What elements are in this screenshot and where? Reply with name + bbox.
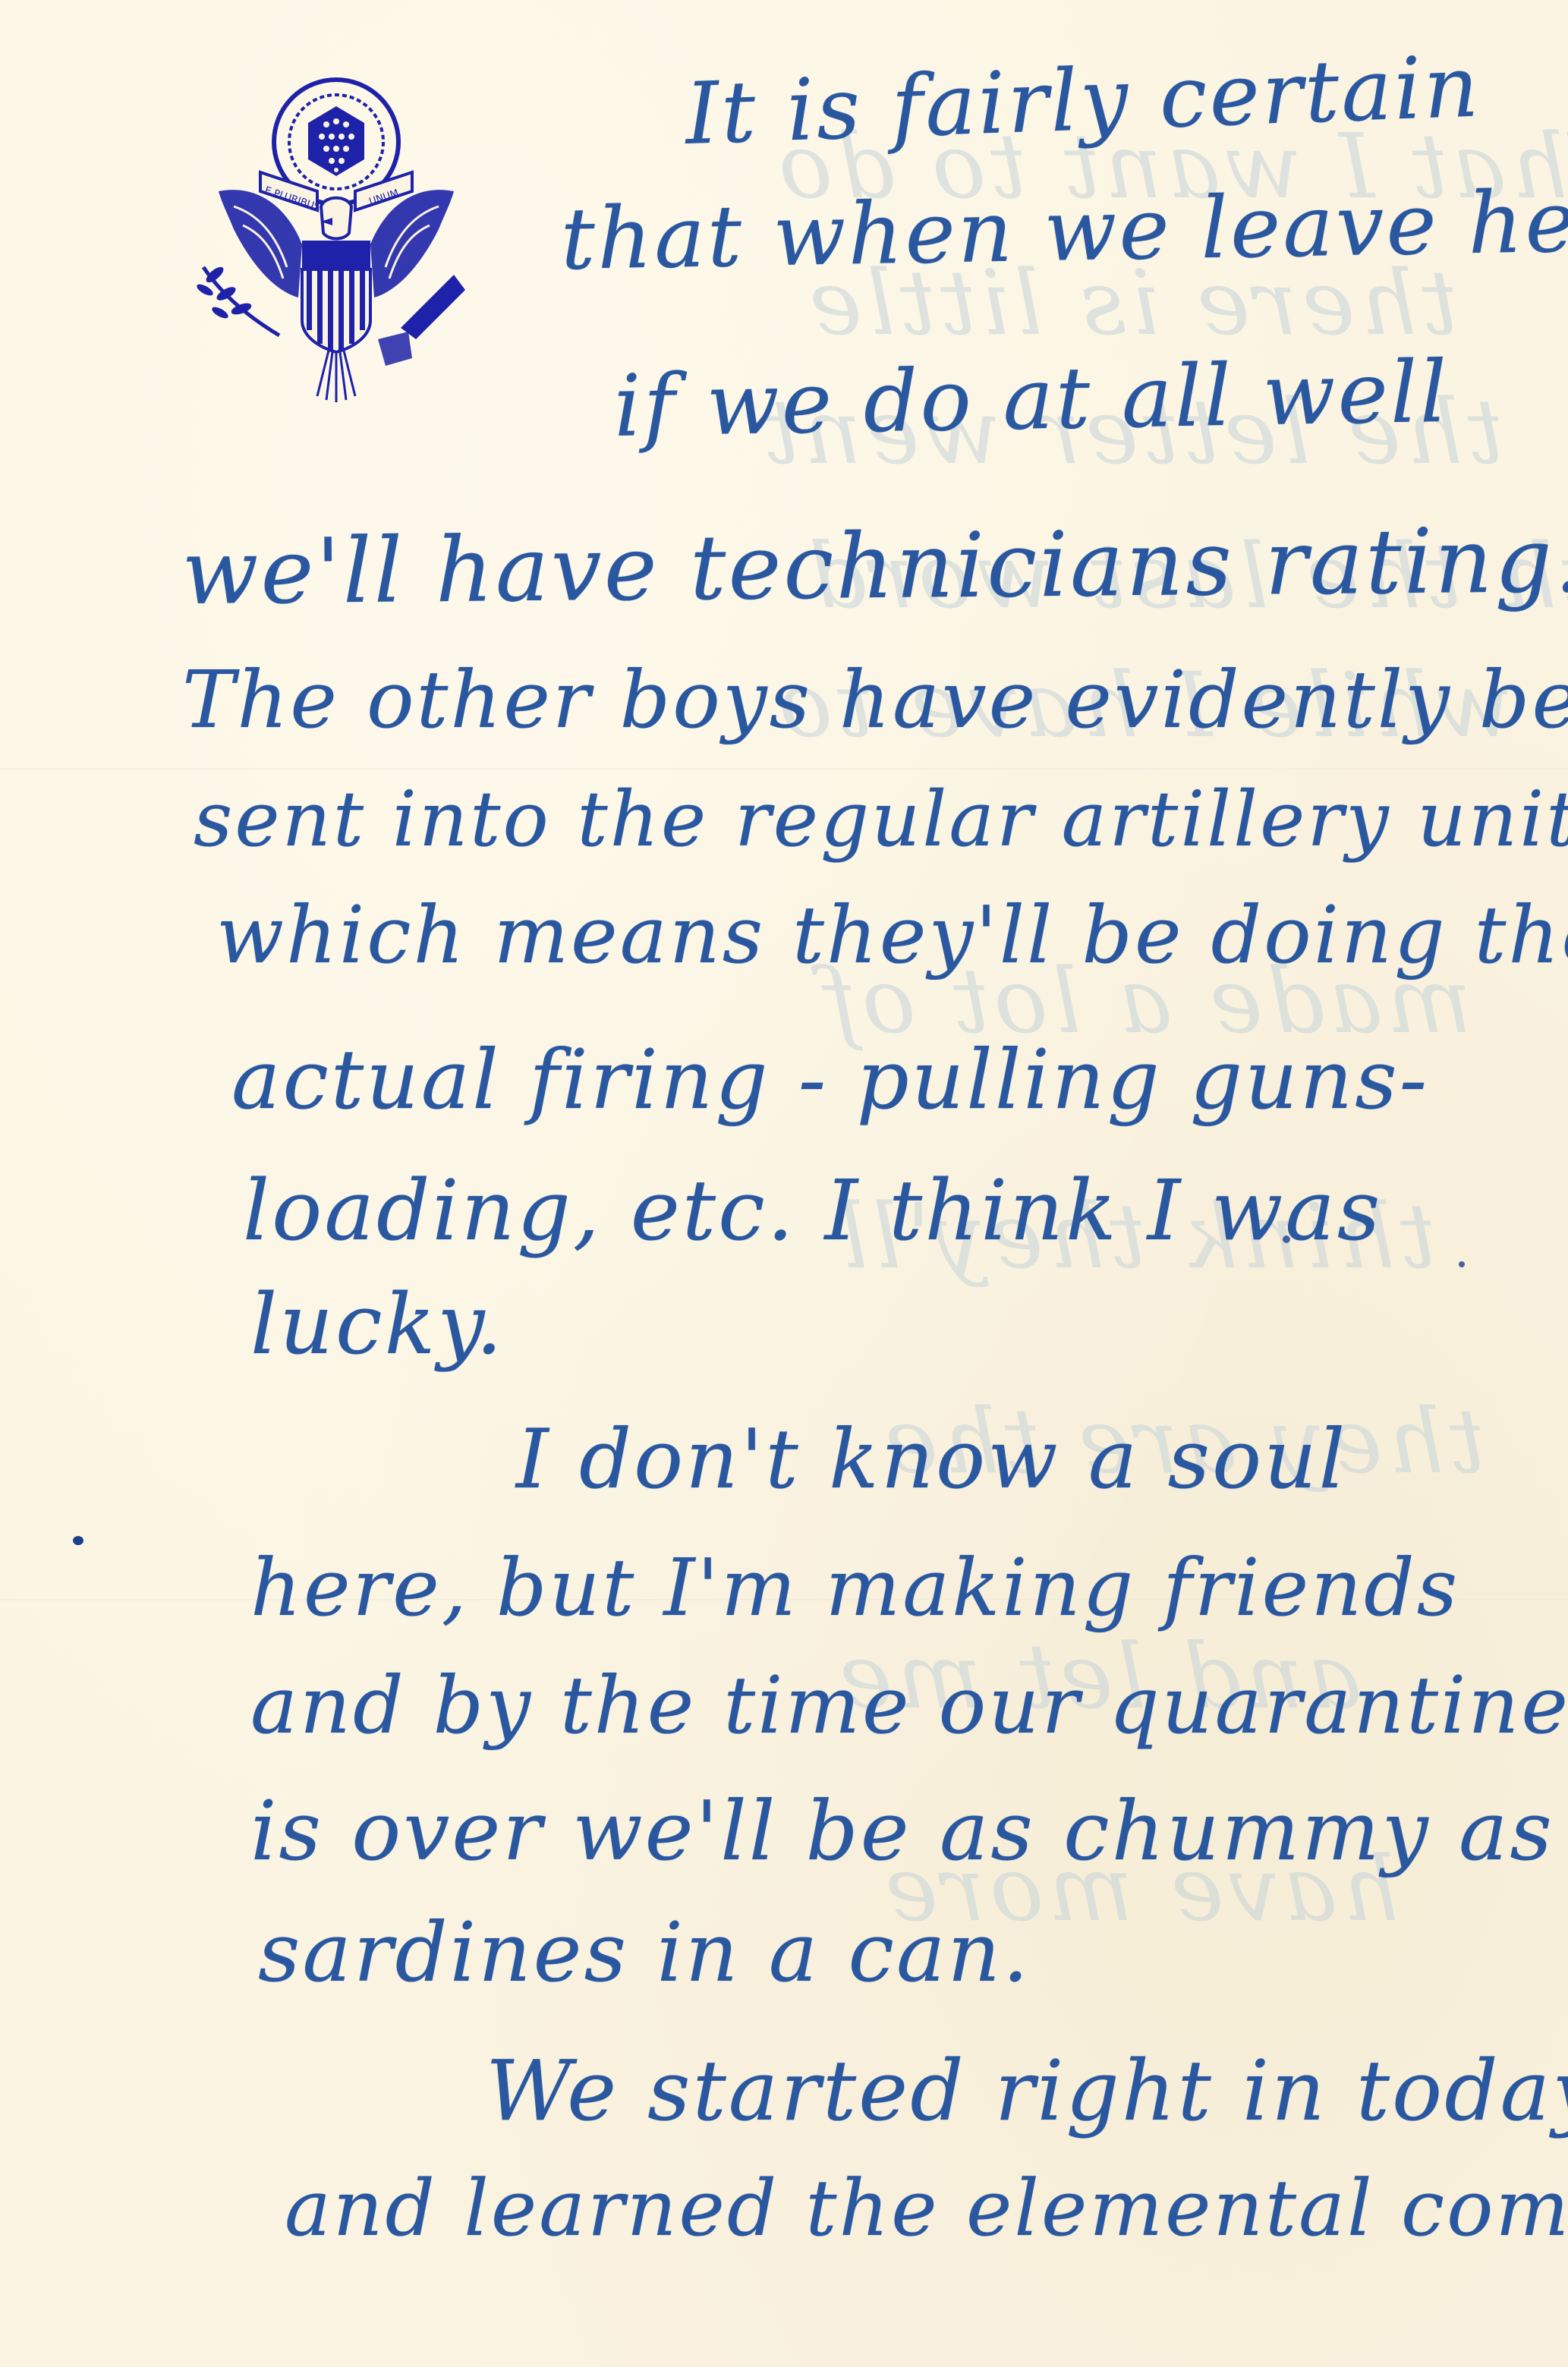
- letter-line: sent into the regular artillery units—: [194, 782, 1568, 858]
- letter-line: we'll have technicians rating.: [181, 515, 1568, 617]
- letter-line: and learned the elemental commands.: [285, 2170, 1568, 2248]
- great-seal-eagle-icon: E PLURIBUS UNUM: [188, 70, 484, 408]
- letter-page: What I want to do there is little the le…: [0, 0, 1568, 2367]
- letter-line: and by the time our quarantine: [250, 1666, 1568, 1745]
- letter-line: if we do at all well: [613, 350, 1450, 449]
- ink-blot: [73, 1536, 83, 1545]
- letter-line: that when we leave here,: [560, 178, 1568, 282]
- letter-line: actual firing - pulling guns-: [231, 1040, 1429, 1122]
- letter-line: It is fairly certain: [684, 44, 1482, 157]
- letter-line: lucky.: [250, 1283, 505, 1366]
- letter-line: loading, etc. I think I was: [243, 1169, 1382, 1252]
- letter-line: The other boys have evidently been: [182, 660, 1568, 739]
- letter-line: We started right in today: [486, 2049, 1568, 2133]
- fold-crease: [0, 768, 1568, 770]
- letter-line: I don't know a soul: [516, 1419, 1347, 1501]
- letter-line: sardines in a can.: [258, 1912, 1031, 1994]
- ink-blot: [1459, 1261, 1465, 1267]
- ink-blot: [1283, 1235, 1290, 1243]
- letter-line: which means they'll be doing the: [216, 895, 1568, 974]
- letter-line: here, but I'm making friends: [250, 1548, 1459, 1627]
- letter-line: is over we'll be as chummy as: [250, 1791, 1554, 1873]
